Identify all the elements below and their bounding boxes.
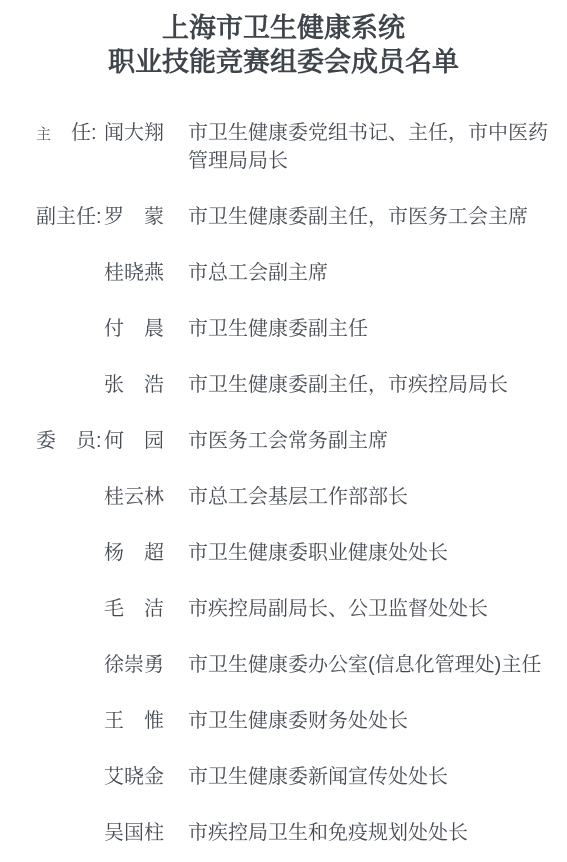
member-name: 闻大翔 bbox=[104, 119, 164, 147]
member-name: 王 惟 bbox=[104, 707, 164, 735]
member-row: 杨 超 市卫生健康委职业健康处处长 bbox=[36, 539, 567, 567]
member-name: 张 浩 bbox=[104, 371, 164, 399]
member-title: 市卫生健康委副主任 bbox=[188, 315, 556, 343]
member-title: 市卫生健康委副主任，市疾控局局长 bbox=[188, 371, 556, 399]
member-title: 市卫生健康委党组书记、主任，市中医药管理局局长 bbox=[188, 119, 556, 175]
member-name: 罗 蒙 bbox=[104, 203, 164, 231]
member-title: 市医务工会常务副主席 bbox=[188, 427, 556, 455]
member-name: 杨 超 bbox=[104, 539, 164, 567]
member-title: 市总工会基层工作部部长 bbox=[188, 483, 556, 511]
member-row: 桂云林 市总工会基层工作部部长 bbox=[36, 483, 567, 511]
member-title: 市疾控局卫生和免疫规划处处长 bbox=[188, 819, 556, 847]
member-title: 市总工会副主席 bbox=[188, 259, 556, 287]
member-name: 付 晨 bbox=[104, 315, 164, 343]
member-name: 毛 洁 bbox=[104, 595, 164, 623]
member-name: 何 园 bbox=[104, 427, 164, 455]
member-role-label: 副主任: bbox=[36, 203, 104, 231]
member-role-label: 委 员: bbox=[36, 427, 104, 455]
member-title: 市卫生健康委新闻宣传处处长 bbox=[188, 763, 556, 791]
member-name: 吴国柱 bbox=[104, 819, 164, 847]
member-title: 市卫生健康委财务处处长 bbox=[188, 707, 556, 735]
member-name: 徐崇勇 bbox=[104, 651, 164, 679]
document-title: 上海市卫生健康系统 职业技能竞赛组委会成员名单 bbox=[0, 0, 567, 79]
member-name: 艾晓金 bbox=[104, 763, 164, 791]
member-row: 艾晓金 市卫生健康委新闻宣传处处长 bbox=[36, 763, 567, 791]
member-row: 桂晓燕 市总工会副主席 bbox=[36, 259, 567, 287]
member-title: 市疾控局副局长、公卫监督处处长 bbox=[188, 595, 556, 623]
member-title: 市卫生健康委副主任，市医务工会主席 bbox=[188, 203, 556, 231]
member-row: 王 惟 市卫生健康委财务处处长 bbox=[36, 707, 567, 735]
document-title-line2: 职业技能竞赛组委会成员名单 bbox=[0, 45, 567, 79]
member-row: 主 任: 闻大翔 市卫生健康委党组书记、主任，市中医药管理局局长 bbox=[36, 119, 567, 175]
member-row: 张 浩 市卫生健康委副主任，市疾控局局长 bbox=[36, 371, 567, 399]
member-title: 市卫生健康委办公室(信息化管理处)主任 bbox=[188, 651, 556, 679]
member-row: 付 晨 市卫生健康委副主任 bbox=[36, 315, 567, 343]
document-page: 上海市卫生健康系统 职业技能竞赛组委会成员名单 主 任: 闻大翔 市卫生健康委党… bbox=[0, 0, 567, 862]
member-title: 市卫生健康委职业健康处处长 bbox=[188, 539, 556, 567]
document-title-line1: 上海市卫生健康系统 bbox=[0, 11, 567, 45]
member-name: 桂晓燕 bbox=[104, 259, 164, 287]
member-list: 主 任: 闻大翔 市卫生健康委党组书记、主任，市中医药管理局局长 副主任: 罗 … bbox=[0, 119, 567, 847]
member-row: 徐崇勇 市卫生健康委办公室(信息化管理处)主任 bbox=[36, 651, 567, 679]
member-row: 委 员: 何 园 市医务工会常务副主席 bbox=[36, 427, 567, 455]
member-row: 吴国柱 市疾控局卫生和免疫规划处处长 bbox=[36, 819, 567, 847]
member-name: 桂云林 bbox=[104, 483, 164, 511]
member-row: 毛 洁 市疾控局副局长、公卫监督处处长 bbox=[36, 595, 567, 623]
member-row: 副主任: 罗 蒙 市卫生健康委副主任，市医务工会主席 bbox=[36, 203, 567, 231]
member-role-label: 主 任: bbox=[36, 119, 104, 149]
